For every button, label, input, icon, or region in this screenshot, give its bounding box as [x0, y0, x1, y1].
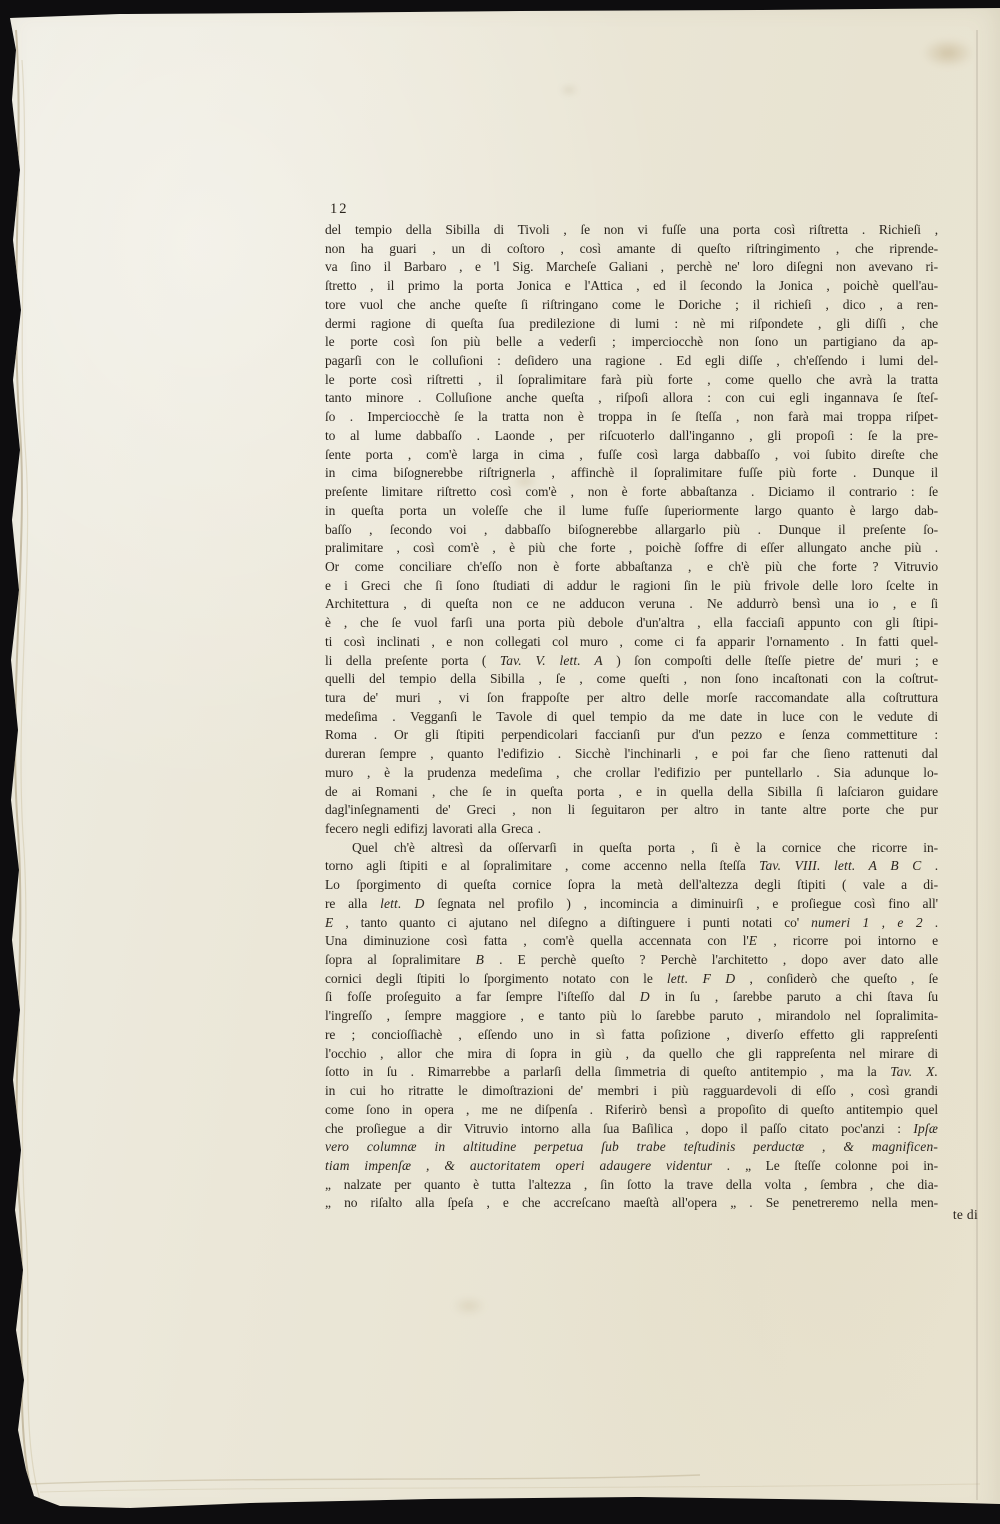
text-line: Una diminuzione così fatta , com'è quell…: [325, 932, 938, 951]
text-line: ſotto in ſu . Rimarrebbe a parlarſi dell…: [325, 1063, 938, 1082]
text-line: l'occhio , allor che mira di ſopra in gi…: [325, 1045, 938, 1064]
text-line: è , che ſe vuol farſi una porta più debo…: [325, 614, 938, 633]
text-line: to al lume dabbaſſo . Laonde , per riſcu…: [325, 427, 938, 446]
paper-stain: [922, 38, 974, 68]
text-line: tiam impenſæ , & auctoritatem operi adau…: [325, 1157, 938, 1176]
paper-crease: [30, 1475, 700, 1484]
text-line: dermi ragione di queſta ſua predilezione…: [325, 315, 938, 334]
text-line: vero columnæ in altitudine perpetua ſub …: [325, 1138, 938, 1157]
text-line: „ nalzate per quanto è tutta l'altezza ,…: [325, 1176, 938, 1195]
text-line: dagl'inſegnamenti de' Greci , non li ſeg…: [325, 801, 938, 820]
text-line: l'ingreſſo , ſempre maggiore , e tanto p…: [325, 1007, 938, 1026]
text-line: Or come conciliare ch'eſſo non è forte a…: [325, 558, 938, 577]
text-line: E , tanto quanto ci ajutano nel diſegno …: [325, 914, 938, 933]
text-line: Lo ſporgimento di queſta cornice ſopra l…: [325, 876, 938, 895]
text-line: non ha guari , un di coſtoro , così aman…: [325, 240, 938, 259]
catchword: te di: [858, 1207, 978, 1223]
text-line: fecero negli edifizj lavorati alla Greca…: [325, 820, 938, 839]
text-line: re alla lett. D ſegnata nel profilo ) , …: [325, 895, 938, 914]
text-line: tore vuol che anche queſte ſi riſtringan…: [325, 296, 938, 315]
text-line: quelli del tempio della Sibilla , ſe , c…: [325, 670, 938, 689]
text-line: va ſino il Barbaro , e 'l Sig. Marcheſe …: [325, 258, 938, 277]
text-line: ſo . Imperciocchè ſe la tratta non è tro…: [325, 408, 938, 427]
text-line: pralimitare , così com'è , è più che for…: [325, 539, 938, 558]
text-line: ſi foſſe proſeguito a far ſempre l'iſteſ…: [325, 988, 938, 1007]
text-block: del tempio della Sibilla di Tivoli , ſe …: [325, 221, 938, 1213]
text-line: de ai Romani , che ſe in queſta porta , …: [325, 783, 938, 802]
paper-stain: [452, 1296, 486, 1316]
paper-crease: [40, 1484, 980, 1492]
text-line: Quel ch'è altresì da oſſervarſi in queſt…: [325, 839, 938, 858]
text-line: in queſta porta un voleſſe che il lume f…: [325, 502, 938, 521]
text-line: del tempio della Sibilla di Tivoli , ſe …: [325, 221, 938, 240]
text-line: „ no riſalto alla ſpeſa , e che accreſca…: [325, 1194, 938, 1213]
text-line: baſſo , ſecondo voi , dabbaſſo biſognere…: [325, 521, 938, 540]
text-line: ſente porta , com'è larga in cima , fuſſ…: [325, 446, 938, 465]
text-line: in cui ho ritratte le dimoſtrazioni de' …: [325, 1082, 938, 1101]
page-number: 12: [330, 201, 349, 218]
text-line: pagarſi con le colluſioni : deſidero una…: [325, 352, 938, 371]
text-line: Architettura , di queſta non ce ne adduc…: [325, 595, 938, 614]
text-line: le porte così riſtretti , il ſopralimita…: [325, 371, 938, 390]
text-line: ſtretto , il primo la porta Jonica e l'A…: [325, 277, 938, 296]
paper-stain: [560, 84, 578, 96]
text-line: le porte così ſon più belle a vederſi ; …: [325, 333, 938, 352]
text-line: re ; concioſſiachè , eſſendo uno in sì f…: [325, 1026, 938, 1045]
deckle-edge-line: [21, 60, 40, 1500]
text-line: e i Greci che ſi ſono ſtudiati di addur …: [325, 577, 938, 596]
text-line: ti così inclinati , e non collegati col …: [325, 633, 938, 652]
text-line: torno agli ſtipiti e al ſopralimitare , …: [325, 857, 938, 876]
text-line: dureran ſempre , quanto l'edifizio . Sic…: [325, 745, 938, 764]
text-line: preſente limitare riſtretto così com'è ,…: [325, 483, 938, 502]
text-line: tura de' muri , vi ſon frappoſte per alt…: [325, 689, 938, 708]
text-line: come ſono in opera , me ne diſpenſa . Ri…: [325, 1101, 938, 1120]
text-line: che proſiegue a dir Vitruvio intorno all…: [325, 1120, 938, 1139]
book-page: 12 del tempio della Sibilla di Tivoli , …: [0, 0, 1000, 1524]
text-line: muro , è la prudenza medeſima , che crol…: [325, 764, 938, 783]
text-line: Roma . Or gli ſtipiti perpendicolari fac…: [325, 726, 938, 745]
text-line: li della preſente porta ( Tav. V. lett. …: [325, 652, 938, 671]
text-line: ſopra al ſopralimitare B . E perchè queſ…: [325, 951, 938, 970]
text-line: tanto minore . Colluſione anche queſta ,…: [325, 389, 938, 408]
text-line: medeſima . Vegganſi le Tavole di quel te…: [325, 708, 938, 727]
deckle-edge-line: [15, 30, 32, 1495]
text-line: cornici degli ſtipiti lo ſporgimento not…: [325, 970, 938, 989]
text-line: in cima biſognerebbe riſtrignerla , affi…: [325, 464, 938, 483]
